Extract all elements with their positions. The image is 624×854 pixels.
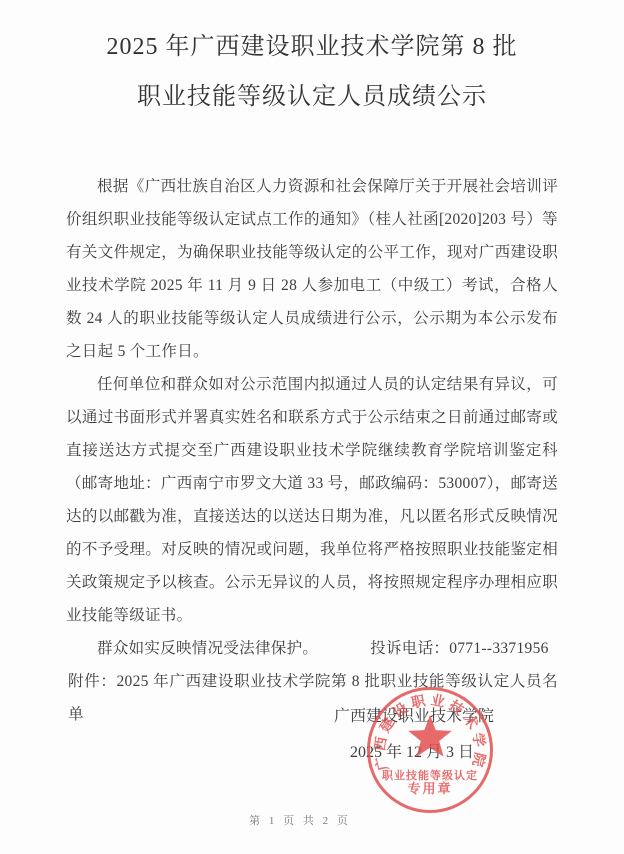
document-title: 2025 年广西建设职业技术学院第 8 批 职业技能等级认定人员成绩公示 — [0, 0, 624, 122]
announcement-document-page: 2025 年广西建设职业技术学院第 8 批 职业技能等级认定人员成绩公示 根据《… — [0, 0, 624, 854]
protection-text: 群众如实反映情况受法律保护。 — [97, 640, 318, 657]
paragraph-legal-basis: 根据《广西壮族自治区人力资源和社会保障厅关于开展社会培训评价组织职业技能等级认定… — [66, 170, 558, 368]
title-line-1: 2025 年广西建设职业技术学院第 8 批 — [0, 22, 624, 72]
signature-date: 2025 年 12 月 3 日 — [350, 741, 474, 765]
document-body: 根据《广西壮族自治区人力资源和社会保障厅关于开展社会培训评价组织职业技能等级认定… — [66, 170, 558, 731]
paragraph-objection-procedure: 任何单位和群众如对公示范围内拟通过人员的认定结果有异议，可以通过书面形式并署真实… — [66, 368, 558, 632]
complaint-phone: 投诉电话：0771--3371956 — [370, 640, 548, 657]
seal-text-line2: 专用章 — [407, 781, 452, 796]
title-line-2: 职业技能等级认定人员成绩公示 — [0, 72, 624, 122]
protection-and-phone-line: 群众如实反映情况受法律保护。投诉电话：0771--3371956 — [66, 632, 558, 665]
seal-text-line1: 职业技能等级认定 — [382, 768, 478, 782]
page-number-footer: 第 1 页 共 2 页 — [0, 812, 600, 828]
signature-organization: 广西建设职业技术学院 — [334, 705, 494, 729]
